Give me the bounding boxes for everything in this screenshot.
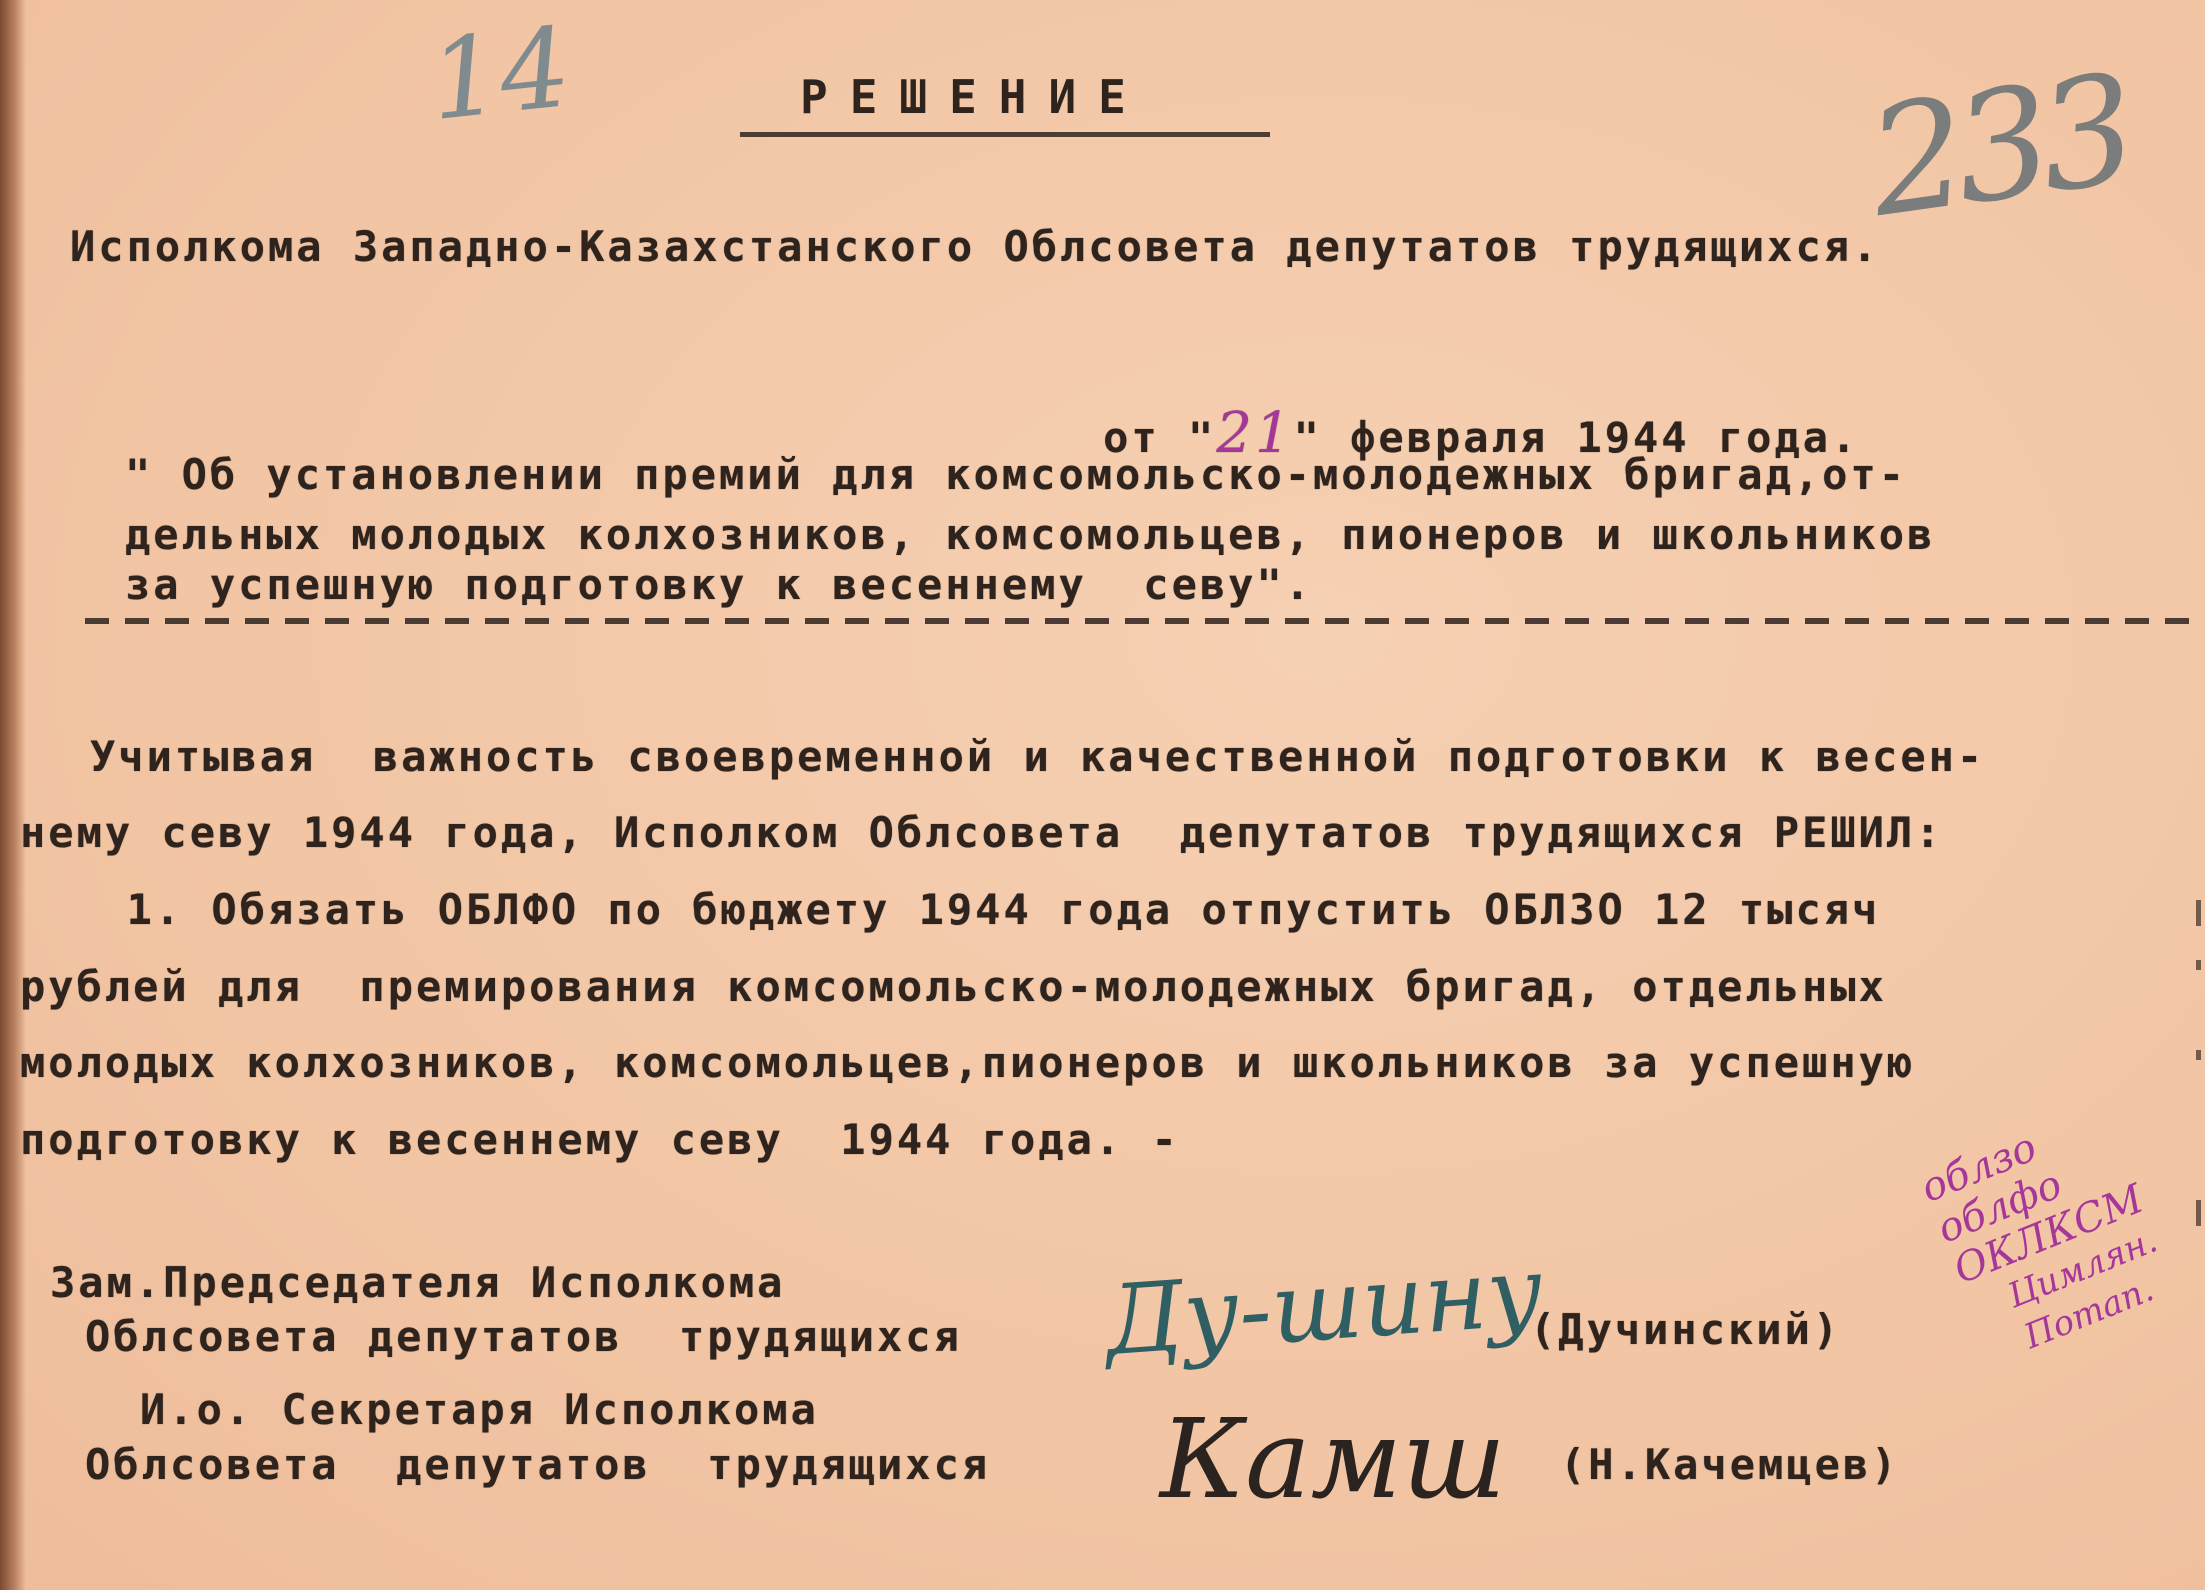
body-line: нему севу 1944 года, Исполком Облсовета … (20, 808, 1943, 857)
document-title: РЕШЕНИЕ (800, 70, 1148, 124)
margin-mark (2196, 1050, 2201, 1060)
body-line: Учитывая важность своевременной и качест… (90, 732, 1985, 781)
signature-kachemtsev: Камш (1160, 1395, 1506, 1523)
body-line: рублей для премирования комсомольско-мол… (20, 962, 1887, 1011)
signatory-title: Облсовета депутатов трудящихся (85, 1312, 962, 1361)
subject-line: за успешную подготовку к весеннему севу"… (125, 560, 1313, 609)
distribution-note: облзо облфо ОКЛКСМ Цимлян. Потап. (1915, 1073, 2205, 1374)
signatory-title: И.о. Секретаря Исполкома (140, 1385, 819, 1434)
title-underline (740, 132, 1270, 137)
margin-mark (2196, 900, 2201, 926)
signatory-name: (Дучинский) (1530, 1305, 1841, 1354)
margin-mark (2196, 1200, 2201, 1226)
pencil-mark: 14 (424, 3, 577, 145)
separator-dashed-line (85, 618, 2195, 624)
body-line: подготовку к весеннему севу 1944 года. - (20, 1115, 1180, 1164)
signatory-title: Облсовета депутатов трудящихся (85, 1440, 990, 1489)
issuer-line: Исполкома Западно-Казахстанского Облсове… (70, 222, 1880, 271)
body-line: 1. Обязать ОБЛФО по бюджету 1944 года от… (70, 885, 1880, 934)
archive-sheet-number: 233 (1859, 43, 2137, 251)
subject-line: " Об установлении премий для комсомольск… (125, 450, 1907, 499)
signature-duchinsky: Ду-шину (1102, 1235, 1547, 1377)
signatory-title: Зам.Председателя Исполкома (50, 1258, 785, 1307)
body-line: молодых колхозников, комсомольцев,пионер… (20, 1038, 1915, 1087)
binding-edge (0, 0, 26, 1590)
margin-mark (2196, 960, 2201, 970)
signatory-name: (Н.Качемцев) (1560, 1440, 1899, 1489)
subject-line: дельных молодых колхозников, комсомольце… (125, 510, 1935, 559)
document-scan: 14 233 РЕШЕНИЕ Исполкома Западно-Казахст… (0, 0, 2205, 1590)
